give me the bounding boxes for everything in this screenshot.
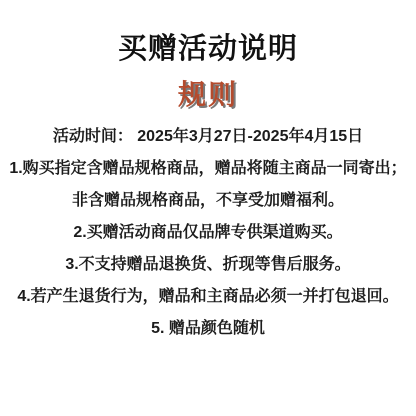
rule-line-3: 3.不支持赠品退换货、折现等售后服务。 <box>65 254 350 275</box>
rules-list: 1.购买指定含赠品规格商品，赠品将随主商品一同寄出； 非含赠品规格商品，不享受加… <box>0 147 416 339</box>
promo-title: 买赠活动说明 <box>118 32 298 66</box>
rule-line-1-continued: 非含赠品规格商品，不享受加赠福利。 <box>72 190 344 211</box>
rules-heading: 规则 <box>178 79 238 111</box>
rule-line-2: 2.买赠活动商品仅品牌专供渠道购买。 <box>73 222 342 243</box>
rule-line-1: 1.购买指定含赠品规格商品，赠品将随主商品一同寄出； <box>9 158 406 179</box>
rule-line-5: 5. 赠品颜色随机 <box>151 318 265 339</box>
promo-notice-card: 买赠活动说明 规则 活动时间： 2025年3月27日-2025年4月15日 1.… <box>0 0 416 416</box>
rule-line-4: 4.若产生退货行为，赠品和主商品必须一并打包退回。 <box>17 286 398 307</box>
activity-time-text: 活动时间： 2025年3月27日-2025年4月15日 <box>53 126 363 147</box>
